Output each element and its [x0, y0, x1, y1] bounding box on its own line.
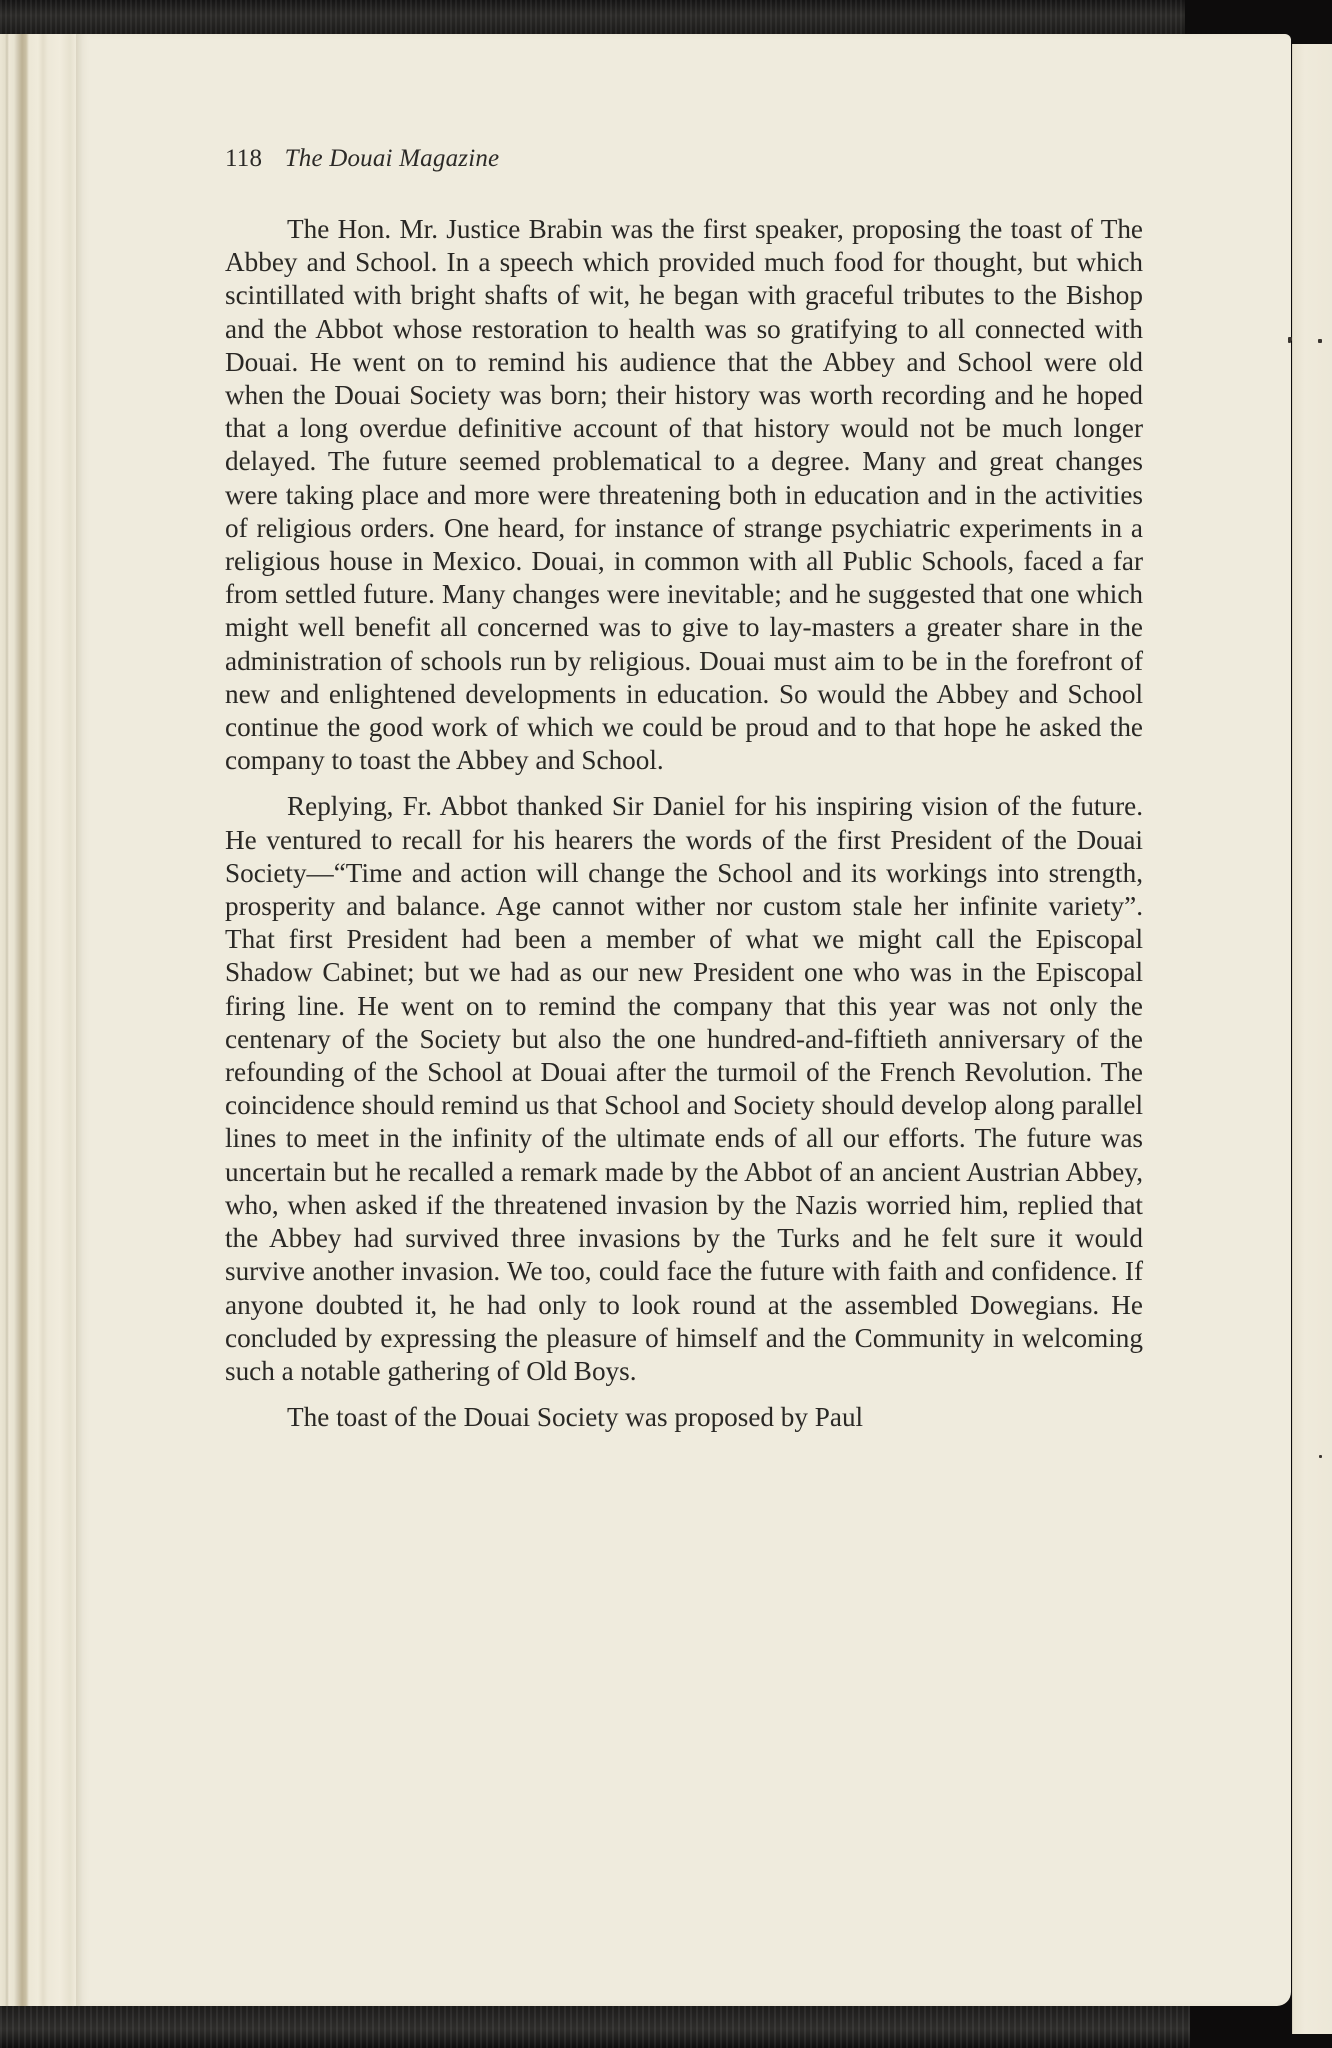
paragraph-society-toast: The toast of the Douai Society was propo… [225, 1401, 1143, 1434]
scan-speck [1318, 339, 1322, 343]
scan-speck [1319, 1455, 1322, 1458]
page-number: 118 [225, 145, 262, 172]
next-page-edge [1292, 44, 1332, 2034]
paragraph-abbot-reply: Replying, Fr. Abbot thanked Sir Daniel f… [225, 790, 1143, 1388]
book-binding-bottom [0, 2006, 1190, 2048]
paragraph-brabin-speech: The Hon. Mr. Justice Brabin was the firs… [225, 213, 1143, 777]
page-edges-left [0, 34, 80, 2006]
scan-speck [1288, 340, 1291, 343]
book-binding-top [0, 0, 1185, 34]
publication-title: The Douai Magazine [285, 145, 500, 172]
body-text: The Hon. Mr. Justice Brabin was the firs… [225, 213, 1143, 1447]
running-head: 118 The Douai Magazine [225, 145, 499, 173]
